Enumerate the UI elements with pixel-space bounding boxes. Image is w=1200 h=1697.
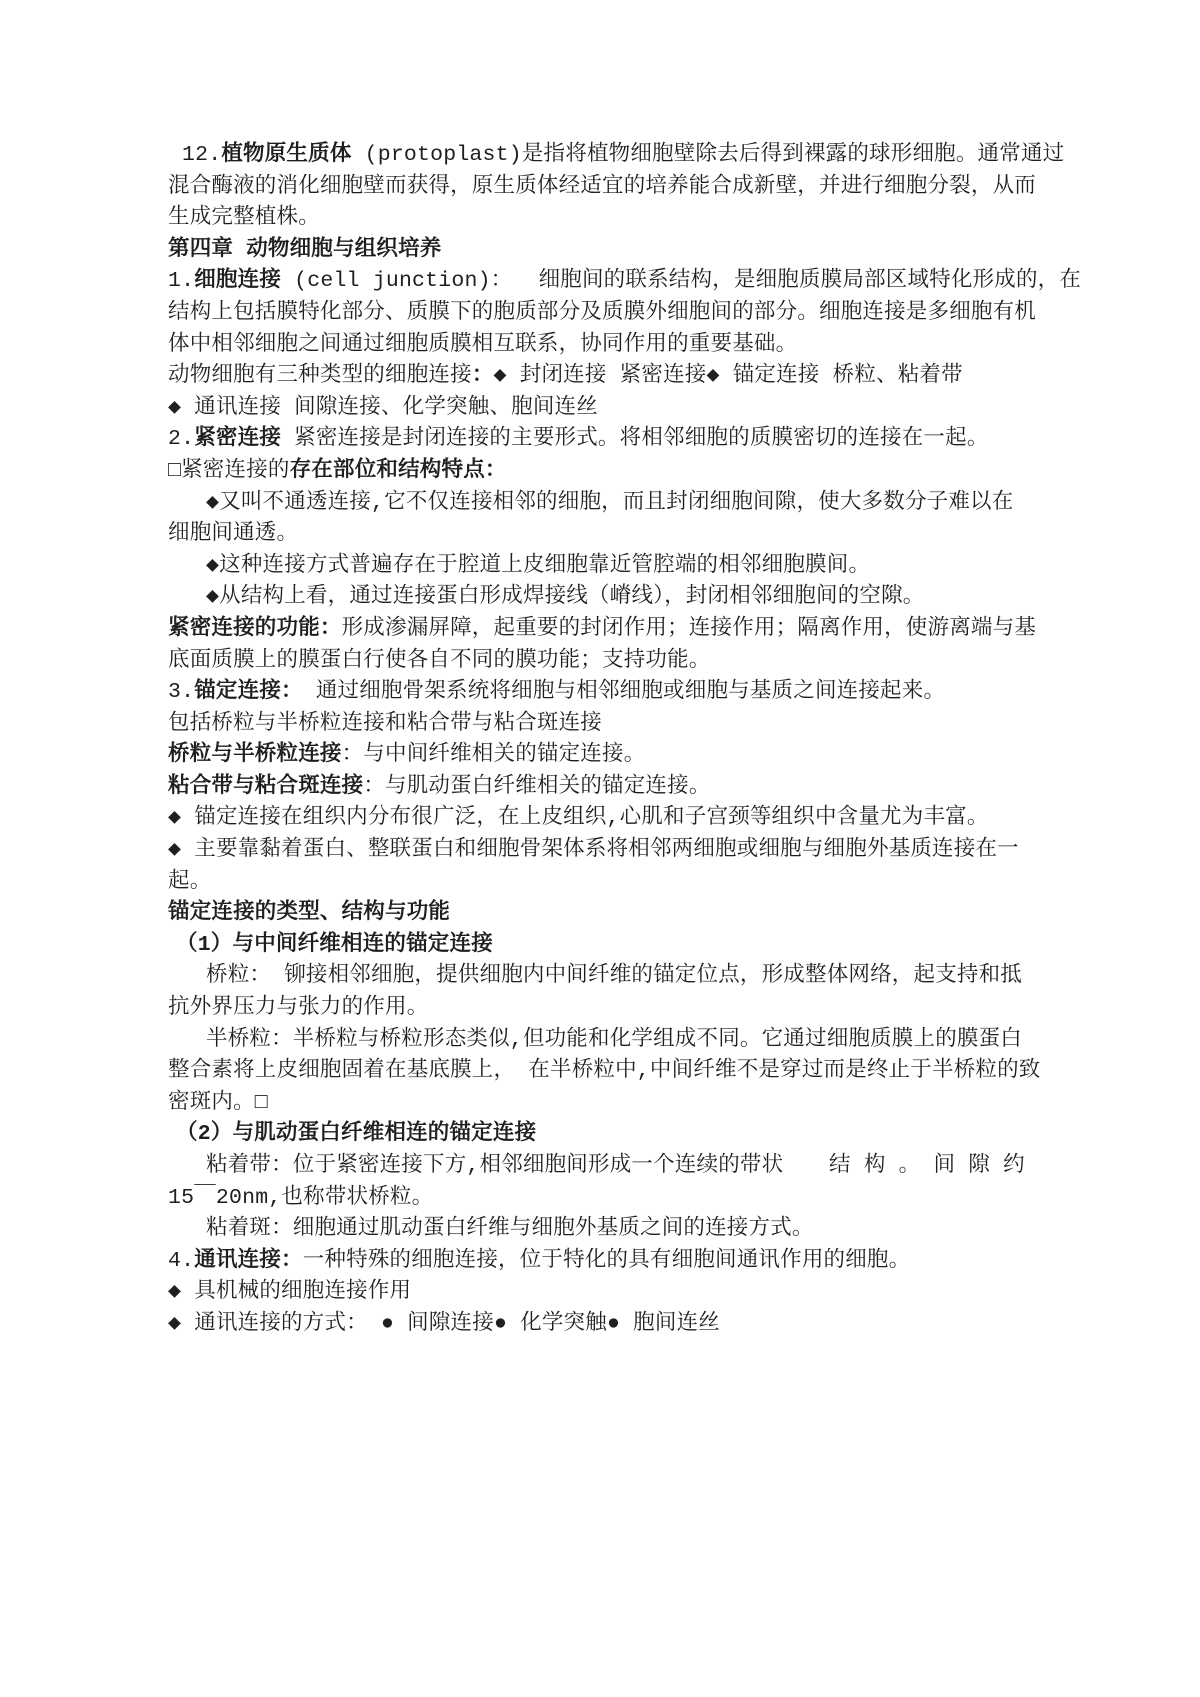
text-line: 12.植物原生质体 (protoplast)是指将植物细胞壁除去后得到裸露的球形… — [168, 140, 1040, 172]
text-segment: ◆这种连接方式普遍存在于腔道上皮细胞靠近管腔端的相邻细胞膜间。 — [206, 554, 870, 578]
text-line: 底面质膜上的膜蛋白行使各自不同的膜功能；支持功能。 — [168, 646, 1040, 678]
text-segment: 桥粒与半桥粒连接 — [168, 743, 342, 767]
text-line: 桥粒： 铆接相邻细胞，提供细胞内中间纤维的锚定位点，形成整体网络，起支持和抵 — [168, 961, 1040, 993]
text-segment: (cell junction)： 细胞间的联系结构，是细胞质膜局部区域特化形成的… — [281, 269, 1081, 293]
text-line: 粘着带：位于紧密连接下方,相邻细胞间形成一个连续的带状结构。间隙约 — [168, 1151, 1040, 1183]
text-segment: （2）与肌动蛋白纤维相连的锚定连接 — [176, 1122, 536, 1146]
text-line: 起。 — [168, 867, 1040, 899]
text-segment: （1）与中间纤维相连的锚定连接 — [176, 933, 493, 957]
text-segment: 桥粒： 铆接相邻细胞，提供细胞内中间纤维的锚定位点，形成整体网络，起支持和抵 — [206, 964, 1022, 988]
text-segment: 底面质膜上的膜蛋白行使各自不同的膜功能；支持功能。 — [168, 649, 711, 673]
text-segment: 粘着斑：细胞通过肌动蛋白纤维与细胞外基质之间的连接方式。 — [206, 1217, 814, 1241]
text-line: 抗外界压力与张力的作用。 — [168, 993, 1040, 1025]
text-line: 生成完整植株。 — [168, 203, 1040, 235]
document-body: 12.植物原生质体 (protoplast)是指将植物细胞壁除去后得到裸露的球形… — [168, 140, 1040, 1341]
text-line: （2）与肌动蛋白纤维相连的锚定连接 — [168, 1119, 1040, 1151]
text-segment: 4. — [168, 1249, 194, 1273]
text-segment: ： — [472, 364, 494, 388]
text-line: 4.通讯连接：一种特殊的细胞连接，位于特化的具有细胞间通讯作用的细胞。 — [168, 1246, 1040, 1278]
text-segment: (protoplast)是指将植物细胞壁除去后得到裸露的球形细胞。通常通过 — [352, 143, 1065, 167]
text-line: ◆ 通讯连接的方式： ● 间隙连接● 化学突触● 胞间连丝 — [168, 1309, 1040, 1341]
text-segment: 15￣20nm,也称带状桥粒。 — [168, 1186, 433, 1210]
text-segment: ◆从结构上看，通过连接蛋白形成焊接线（嵴线），封闭相邻细胞间的空隙。 — [206, 585, 925, 609]
text-segment: 2. — [168, 427, 194, 451]
text-line: 混合酶液的消化细胞壁而获得，原生质体经适宜的培养能合成新壁，并进行细胞分裂，从而 — [168, 172, 1040, 204]
text-segment: ◆ 通讯连接的方式： ● 间隙连接● 化学突触● 胞间连丝 — [168, 1312, 720, 1336]
text-line: 桥粒与半桥粒连接：与中间纤维相关的锚定连接。 — [168, 740, 1040, 772]
text-line: （1）与中间纤维相连的锚定连接 — [168, 930, 1040, 962]
text-segment: 体中相邻细胞之间通过细胞质膜相互联系，协同作用的重要基础。 — [168, 333, 797, 357]
text-line: ◆这种连接方式普遍存在于腔道上皮细胞靠近管腔端的相邻细胞膜间。 — [168, 551, 1040, 583]
text-segment: ◆ 封闭连接 紧密连接◆ 锚定连接 桥粒、粘着带 — [494, 364, 963, 388]
text-segment: ◆ 锚定连接在组织内分布很广泛，在上皮组织,心肌和子宫颈等组织中含量尤为丰富。 — [168, 806, 989, 830]
text-line: 锚定连接的类型、结构与功能 — [168, 898, 1040, 930]
text-segment: 12. — [182, 143, 221, 167]
text-segment: 混合酶液的消化细胞壁而获得，原生质体经适宜的培养能合成新壁，并进行细胞分裂，从而 — [168, 175, 1036, 199]
text-line: 动物细胞有三种类型的细胞连接：◆ 封闭连接 紧密连接◆ 锚定连接 桥粒、粘着带 — [168, 361, 1040, 393]
text-line: 细胞间通透。 — [168, 519, 1040, 551]
text-segment: 3. — [168, 680, 194, 704]
text-line: 15￣20nm,也称带状桥粒。 — [168, 1183, 1040, 1215]
text-segment: ◆ 主要靠黏着蛋白、整联蛋白和细胞骨架体系将相邻两细胞或细胞与细胞外基质连接在一 — [168, 838, 1019, 862]
text-segment: ◆ 通讯连接 间隙连接、化学突触、胞间连丝 — [168, 396, 598, 420]
text-segment: 密斑内。□ — [168, 1091, 268, 1115]
text-line: 整合素将上皮细胞固着在基底膜上， 在半桥粒中,中间纤维不是穿过而是终止于半桥粒的… — [168, 1056, 1040, 1088]
text-line: 体中相邻细胞之间通过细胞质膜相互联系，协同作用的重要基础。 — [168, 330, 1040, 362]
text-segment: 半桥粒：半桥粒与桥粒形态类似,但功能和化学组成不同。它通过细胞质膜上的膜蛋白 — [206, 1028, 1022, 1052]
text-line: 包括桥粒与半桥粒连接和粘合带与粘合斑连接 — [168, 709, 1040, 741]
text-segment: 粘合带与粘合斑连接 — [168, 775, 363, 799]
text-segment: 抗外界压力与张力的作用。 — [168, 996, 428, 1020]
text-segment: □紧密连接的 — [168, 459, 290, 483]
text-segment: ：与肌动蛋白纤维相关的锚定连接。 — [363, 775, 710, 799]
text-segment: 细胞连接 — [194, 269, 281, 293]
text-line: 粘合带与粘合斑连接：与肌动蛋白纤维相关的锚定连接。 — [168, 772, 1040, 804]
text-segment: 一种特殊的细胞连接，位于特化的具有细胞间通讯作用的细胞。 — [303, 1249, 911, 1273]
text-segment: 紧密连接 — [194, 427, 281, 451]
text-segment: 1. — [168, 269, 194, 293]
text-segment: 形成渗漏屏障，起重要的封闭作用；连接作用；隔离作用，使游离端与基 — [342, 617, 1036, 641]
text-line: ◆从结构上看，通过连接蛋白形成焊接线（嵴线），封闭相邻细胞间的空隙。 — [168, 582, 1040, 614]
text-segment: 结构。间隙约 — [829, 1151, 1040, 1183]
text-segment: 第四章 动物细胞与组织培养 — [168, 238, 442, 262]
text-segment: 锚定连接的类型、结构与功能 — [168, 901, 450, 925]
text-segment: 通过细胞骨架系统将细胞与相邻细胞或细胞与基质之间连接起来。 — [303, 680, 945, 704]
text-line: ◆ 主要靠黏着蛋白、整联蛋白和细胞骨架体系将相邻两细胞或细胞与细胞外基质连接在一 — [168, 835, 1040, 867]
text-segment: ◆ 具机械的细胞连接作用 — [168, 1280, 411, 1304]
text-line: 紧密连接的功能：形成渗漏屏障，起重要的封闭作用；连接作用；隔离作用，使游离端与基 — [168, 614, 1040, 646]
text-segment: 整合素将上皮细胞固着在基底膜上， 在半桥粒中,中间纤维不是穿过而是终止于半桥粒的… — [168, 1059, 1041, 1083]
text-segment: 紧密连接是封闭连接的主要形式。将相邻细胞的质膜密切的连接在一起。 — [281, 427, 989, 451]
text-line: 密斑内。□ — [168, 1088, 1040, 1120]
text-segment: 细胞间通透。 — [168, 522, 298, 546]
text-segment: 通讯连接： — [194, 1249, 303, 1273]
text-segment: 植物原生质体 — [221, 143, 351, 167]
text-line: 2.紧密连接 紧密连接是封闭连接的主要形式。将相邻细胞的质膜密切的连接在一起。 — [168, 424, 1040, 456]
text-segment: 存在部位和结构特点： — [290, 459, 507, 483]
text-line: ◆ 具机械的细胞连接作用 — [168, 1277, 1040, 1309]
text-line: 结构上包括膜特化部分、质膜下的胞质部分及质膜外细胞间的部分。细胞连接是多细胞有机 — [168, 298, 1040, 330]
text-segment: 结构上包括膜特化部分、质膜下的胞质部分及质膜外细胞间的部分。细胞连接是多细胞有机 — [168, 301, 1036, 325]
text-line: ◆又叫不通透连接,它不仅连接相邻的细胞，而且封闭细胞间隙，使大多数分子难以在 — [168, 488, 1040, 520]
text-segment: 生成完整植株。 — [168, 206, 320, 230]
text-segment: 起。 — [168, 870, 211, 894]
text-segment: 动物细胞有三种类型的细胞连接 — [168, 364, 472, 388]
text-line: 粘着斑：细胞通过肌动蛋白纤维与细胞外基质之间的连接方式。 — [168, 1214, 1040, 1246]
text-line: □紧密连接的存在部位和结构特点： — [168, 456, 1040, 488]
text-line: 半桥粒：半桥粒与桥粒形态类似,但功能和化学组成不同。它通过细胞质膜上的膜蛋白 — [168, 1025, 1040, 1057]
text-segment: ：与中间纤维相关的锚定连接。 — [342, 743, 646, 767]
text-line: 3.锚定连接： 通过细胞骨架系统将细胞与相邻细胞或细胞与基质之间连接起来。 — [168, 677, 1040, 709]
text-line: ◆ 锚定连接在组织内分布很广泛，在上皮组织,心肌和子宫颈等组织中含量尤为丰富。 — [168, 803, 1040, 835]
text-segment: 锚定连接： — [194, 680, 303, 704]
text-segment: 紧密连接的功能： — [168, 617, 342, 641]
document-page: 12.植物原生质体 (protoplast)是指将植物细胞壁除去后得到裸露的球形… — [0, 0, 1200, 1697]
text-segment: 粘着带：位于紧密连接下方,相邻细胞间形成一个连续的带状 — [206, 1151, 783, 1183]
text-segment: 包括桥粒与半桥粒连接和粘合带与粘合斑连接 — [168, 712, 602, 736]
text-line: ◆ 通讯连接 间隙连接、化学突触、胞间连丝 — [168, 393, 1040, 425]
text-segment: ◆又叫不通透连接,它不仅连接相邻的细胞，而且封闭细胞间隙，使大多数分子难以在 — [206, 491, 1013, 515]
text-line: 1.细胞连接 (cell junction)： 细胞间的联系结构，是细胞质膜局部… — [168, 266, 1040, 298]
text-line: 第四章 动物细胞与组织培养 — [168, 235, 1040, 267]
